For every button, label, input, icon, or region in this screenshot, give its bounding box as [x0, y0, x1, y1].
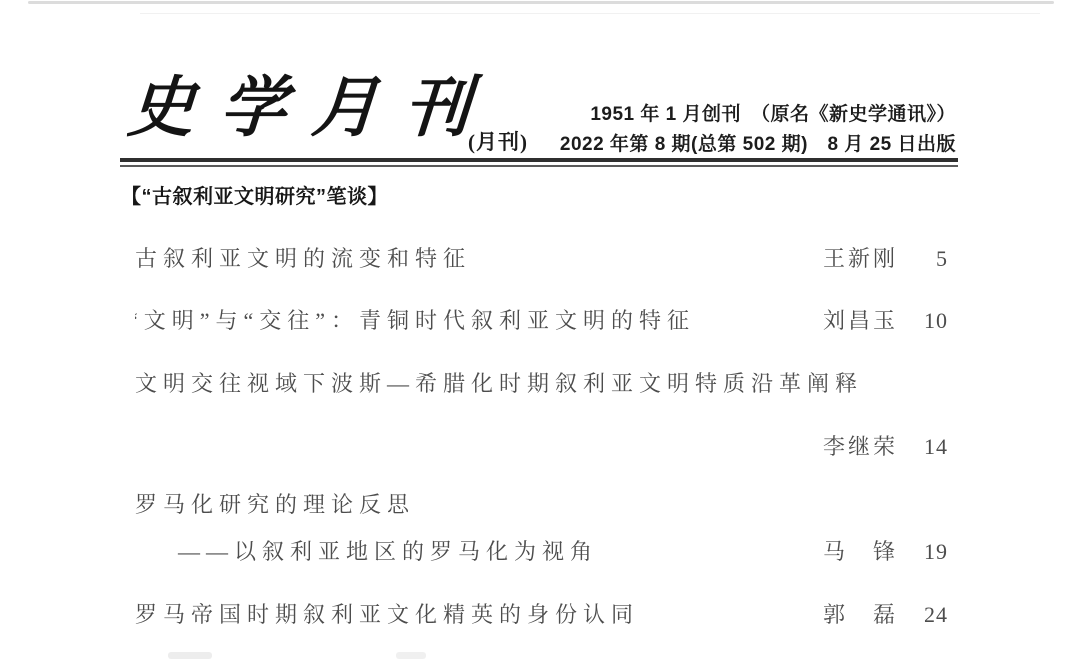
article-page-number: 14: [898, 434, 948, 460]
toc-row: 文明交往视域下波斯—希腊化时期叙利亚文明特质沿革阐释: [135, 367, 948, 395]
masthead-divider-thick-line: [120, 158, 958, 162]
masthead-divider: [120, 158, 958, 167]
masthead-divider-thin-line: [120, 165, 958, 167]
article-author: 郭 磊: [812, 598, 898, 629]
toc-row: 罗马化研究的理论反思: [135, 488, 948, 516]
toc-row: 李继荣 14: [135, 430, 948, 458]
toc-row: ——以叙利亚地区的罗马化为视角 马 锋 19: [135, 535, 948, 563]
toc-row: 古叙利亚文明的流变和特征 王新刚 5: [135, 242, 948, 270]
toc-row-right: 郭 磊 24: [812, 598, 948, 629]
article-title: 古叙利亚文明的流变和特征: [135, 242, 812, 273]
toc-row-right: 李继荣 14: [812, 430, 948, 461]
journal-masthead-subtitle: (月刊): [468, 126, 528, 156]
article-title: 罗马化研究的理论反思: [135, 488, 948, 519]
article-page-number: 10: [898, 308, 948, 334]
toc-row-right: 王新刚 5: [812, 242, 948, 273]
article-page-number: 19: [898, 539, 948, 565]
article-author: 李继荣: [812, 430, 898, 461]
toc-row-right: 刘昌玉 10: [812, 304, 948, 335]
article-title: 罗马帝国时期叙利亚文化精英的身份认同: [135, 598, 812, 629]
scan-artifact-next-line-fragment: [168, 652, 212, 659]
section-header-ancient-syria-symposium: 【“古叙利亚文明研究”笔谈】: [121, 180, 388, 209]
toc-row-right: 马 锋 19: [812, 535, 948, 566]
article-subtitle: ——以叙利亚地区的罗马化为视角: [135, 535, 812, 566]
scan-artifact-top-edge: [28, 1, 1054, 4]
journal-toc-page: 史学月刊 (月刊) 1951 年 1 月创刊 （原名《新史学通讯》） 2022 …: [0, 0, 1080, 659]
publication-info-issue-line: 2022 年第 8 期(总第 502 期) 8 月 25 日出版: [560, 130, 956, 160]
article-title: 文明交往视域下波斯—希腊化时期叙利亚文明特质沿革阐释: [135, 367, 948, 398]
publication-info-founding-line: 1951 年 1 月创刊 （原名《新史学通讯》）: [560, 100, 956, 130]
article-page-number: 24: [898, 602, 948, 628]
publication-info: 1951 年 1 月创刊 （原名《新史学通讯》） 2022 年第 8 期(总第 …: [560, 100, 956, 160]
article-author: 王新刚: [812, 242, 898, 273]
article-author: 刘昌玉: [812, 304, 898, 335]
scan-artifact-top-edge-faint: [140, 13, 1040, 14]
article-title: “文明”与“交往”：青铜时代叙利亚文明的特征: [135, 304, 812, 335]
journal-masthead-title: 史学月刊: [125, 72, 498, 146]
toc-row: 罗马帝国时期叙利亚文化精英的身份认同 郭 磊 24: [135, 598, 948, 626]
article-author: 马 锋: [812, 535, 898, 566]
article-page-number: 5: [898, 246, 948, 272]
toc-row: “文明”与“交往”：青铜时代叙利亚文明的特征 刘昌玉 10: [135, 304, 948, 332]
scan-artifact-next-line-fragment: [396, 652, 426, 659]
